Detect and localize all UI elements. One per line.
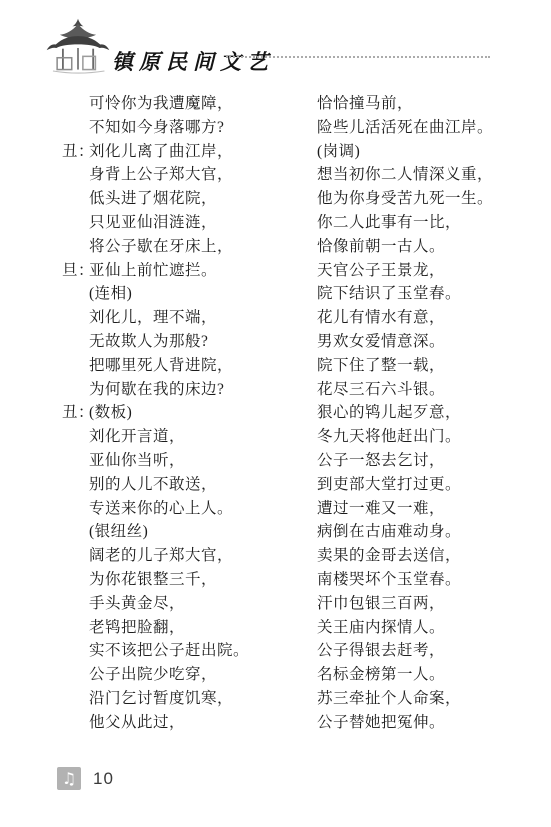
verse-line: (银纽丝) xyxy=(62,520,312,544)
verse-text: 实不该把公子赶出院。 xyxy=(89,639,249,663)
verse-text: 专送来你的心上人。 xyxy=(89,497,233,521)
verse-line: 天官公子王景龙， xyxy=(317,259,551,283)
verse-text: 冬九天将他赶出门。 xyxy=(317,425,461,449)
verse-line: 男欢女爱情意深。 xyxy=(317,330,551,354)
verse-text: 遭过一难又一难， xyxy=(317,497,445,521)
verse-line: 为何歇在我的床边? xyxy=(62,378,312,402)
verse-text: 手头黄金尽， xyxy=(89,592,185,616)
verse-line: 狠心的鸨儿起歹意， xyxy=(317,401,551,425)
verse-line: 苏三牵扯个人命案， xyxy=(317,687,551,711)
verse-text: 公子一怒去乞讨， xyxy=(317,449,445,473)
verse-line: 无故欺人为那般? xyxy=(62,330,312,354)
verse-text: 老鸨把脸翻， xyxy=(89,616,185,640)
verse-line: 为你花银整三千， xyxy=(62,568,312,592)
verse-text: 刘化儿，理不端， xyxy=(89,306,217,330)
verse-text: 你二人此事有一比， xyxy=(317,211,461,235)
verse-line: 南楼哭坏个玉堂春。 xyxy=(317,568,551,592)
verse-line: 专送来你的心上人。 xyxy=(62,497,312,521)
verse-column-right: 恰恰撞马前，险些儿活活死在曲江岸。(岗调)想当初你二人情深义重，他为你身受苦九死… xyxy=(317,92,551,735)
verse-line: 卖果的金哥去送信， xyxy=(317,544,551,568)
verse-line: 手头黄金尽， xyxy=(62,592,312,616)
verse-line: 刘化儿，理不端， xyxy=(62,306,312,330)
verse-text: 花尽三石六斗银。 xyxy=(317,378,445,402)
verse-line: 想当初你二人情深义重， xyxy=(317,163,551,187)
verse-text: 为何歇在我的床边? xyxy=(89,378,224,402)
verse-text: 刘化开言道， xyxy=(89,425,185,449)
verse-text: 亚仙上前忙遮拦。 xyxy=(89,259,217,283)
page-footer: ♫ 10 xyxy=(57,767,114,790)
verse-line: 院下结识了玉堂春。 xyxy=(317,282,551,306)
verse-line: 亚仙你当听， xyxy=(62,449,312,473)
verse-line: (岗调) xyxy=(317,140,551,164)
verse-text: 公子替她把冤伸。 xyxy=(317,711,445,735)
speaker-label: 旦： xyxy=(62,259,89,283)
verse-line: 汗巾包银三百两， xyxy=(317,592,551,616)
verse-text: 阔老的儿子郑大官， xyxy=(89,544,233,568)
verse-line: 恰像前朝一古人。 xyxy=(317,235,551,259)
verse-text: 到吏部大堂打过更。 xyxy=(317,473,461,497)
verse-line: 到吏部大堂打过更。 xyxy=(317,473,551,497)
verse-text: 汗巾包银三百两， xyxy=(317,592,445,616)
verse-text: 不知如今身落哪方? xyxy=(89,116,224,140)
verse-text: 别的人儿不敢送， xyxy=(89,473,217,497)
verse-text: 天官公子王景龙， xyxy=(317,259,445,283)
verse-text: 险些儿活活死在曲江岸。 xyxy=(317,116,493,140)
page-header: 镇原民间文艺 xyxy=(40,12,521,84)
verse-line: 院下住了整一载， xyxy=(317,354,551,378)
verse-text: 可怜你为我遭魔障， xyxy=(89,92,233,116)
verse-text: 狠心的鸨儿起歹意， xyxy=(317,401,461,425)
verse-line: 公子出院少吃穿， xyxy=(62,663,312,687)
verse-line: 关王庙内探情人。 xyxy=(317,616,551,640)
verse-line: 险些儿活活死在曲江岸。 xyxy=(317,116,551,140)
verse-line: 低头进了烟花院， xyxy=(62,187,312,211)
music-notes-icon: ♫ xyxy=(57,767,81,790)
verse-line: 把哪里死人背进院， xyxy=(62,354,312,378)
verse-line: 旦：亚仙上前忙遮拦。 xyxy=(62,259,312,283)
book-title: 镇原民间文艺 xyxy=(112,46,274,76)
verse-text: 公子得银去赶考， xyxy=(317,639,445,663)
verse-text: 他为你身受苦九死一生。 xyxy=(317,187,493,211)
verse-text: 男欢女爱情意深。 xyxy=(317,330,445,354)
verse-text: 想当初你二人情深义重， xyxy=(317,163,493,187)
verse-text: 南楼哭坏个玉堂春。 xyxy=(317,568,461,592)
verse-line: 公子得银去赶考， xyxy=(317,639,551,663)
verse-text: 院下住了整一载， xyxy=(317,354,445,378)
verse-text: 公子出院少吃穿， xyxy=(89,663,217,687)
verse-line: 老鸨把脸翻， xyxy=(62,616,312,640)
verse-line: 实不该把公子赶出院。 xyxy=(62,639,312,663)
verse-column-left: 可怜你为我遭魔障，不知如今身落哪方?丑：刘化儿离了曲江岸，身背上公子郑大官，低头… xyxy=(62,92,312,735)
verse-text: 恰像前朝一古人。 xyxy=(317,235,445,259)
verse-line: 丑：刘化儿离了曲江岸， xyxy=(62,140,312,164)
verse-text: 卖果的金哥去送信， xyxy=(317,544,461,568)
verse-line: (连相) xyxy=(62,282,312,306)
verse-line: 沿门乞讨暂度饥寒， xyxy=(62,687,312,711)
verse-line: 恰恰撞马前， xyxy=(317,92,551,116)
book-page: 镇原民间文艺 可怜你为我遭魔障，不知如今身落哪方?丑：刘化儿离了曲江岸，身背上公… xyxy=(0,0,551,827)
verse-text: 沿门乞讨暂度饥寒， xyxy=(89,687,233,711)
verse-text: 只见亚仙泪涟涟， xyxy=(89,211,217,235)
verse-text: 把哪里死人背进院， xyxy=(89,354,233,378)
verse-text: 花儿有情水有意， xyxy=(317,306,445,330)
verse-text: 苏三牵扯个人命案， xyxy=(317,687,461,711)
verse-text: (数板) xyxy=(89,401,132,425)
verse-line: 丑：(数板) xyxy=(62,401,312,425)
verse-line: 遭过一难又一难， xyxy=(317,497,551,521)
verse-line: 不知如今身落哪方? xyxy=(62,116,312,140)
verse-text: 低头进了烟花院， xyxy=(89,187,217,211)
verse-line: 他为你身受苦九死一生。 xyxy=(317,187,551,211)
header-dotted-rule xyxy=(226,56,490,58)
verse-text: 他父从此过， xyxy=(89,711,185,735)
verse-text: 恰恰撞马前， xyxy=(317,92,413,116)
verse-text: (连相) xyxy=(89,282,132,306)
speaker-label: 丑： xyxy=(62,140,89,164)
verse-line: 花尽三石六斗银。 xyxy=(317,378,551,402)
verse-text: (银纽丝) xyxy=(89,520,148,544)
verse-text: 院下结识了玉堂春。 xyxy=(317,282,461,306)
page-number: 10 xyxy=(93,769,114,789)
verse-text: 病倒在古庙难动身。 xyxy=(317,520,461,544)
verse-text: 身背上公子郑大官， xyxy=(89,163,233,187)
pavilion-icon xyxy=(43,16,113,80)
verse-line: 只见亚仙泪涟涟， xyxy=(62,211,312,235)
verse-text: 刘化儿离了曲江岸， xyxy=(89,140,233,164)
verse-text: (岗调) xyxy=(317,140,360,164)
verse-line: 你二人此事有一比， xyxy=(317,211,551,235)
verse-line: 阔老的儿子郑大官， xyxy=(62,544,312,568)
verse-text: 亚仙你当听， xyxy=(89,449,185,473)
verse-text: 关王庙内探情人。 xyxy=(317,616,445,640)
verse-line: 病倒在古庙难动身。 xyxy=(317,520,551,544)
verse-line: 别的人儿不敢送， xyxy=(62,473,312,497)
verse-line: 他父从此过， xyxy=(62,711,312,735)
speaker-label: 丑： xyxy=(62,401,89,425)
verse-text: 为你花银整三千， xyxy=(89,568,217,592)
verse-line: 公子一怒去乞讨， xyxy=(317,449,551,473)
verse-text: 名标金榜第一人。 xyxy=(317,663,445,687)
verse-line: 可怜你为我遭魔障， xyxy=(62,92,312,116)
verse-line: 刘化开言道， xyxy=(62,425,312,449)
verse-line: 冬九天将他赶出门。 xyxy=(317,425,551,449)
verse-line: 名标金榜第一人。 xyxy=(317,663,551,687)
verse-line: 将公子歇在牙床上， xyxy=(62,235,312,259)
verse-text: 将公子歇在牙床上， xyxy=(89,235,233,259)
verse-line: 身背上公子郑大官， xyxy=(62,163,312,187)
verse-line: 花儿有情水有意， xyxy=(317,306,551,330)
verse-line: 公子替她把冤伸。 xyxy=(317,711,551,735)
verse-text: 无故欺人为那般? xyxy=(89,330,208,354)
